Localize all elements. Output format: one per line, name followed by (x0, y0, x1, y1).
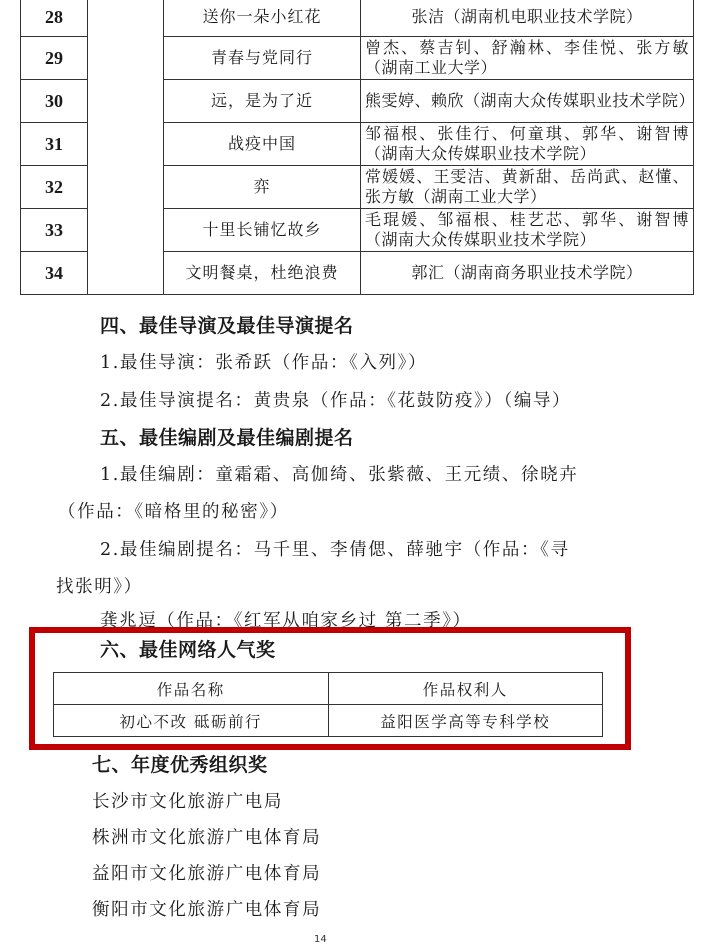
org-award-item: 益阳市文化旅游广电体育局 (92, 860, 321, 885)
best-director: 1.最佳导演：张希跃（作品：《入列》） (100, 349, 427, 374)
popularity-award-table: 作品名称 作品权利人 初心不改 砥砺前行 益阳医学高等专科学校 (53, 672, 603, 737)
work-title: 文明餐桌，杜绝浪费 (164, 252, 361, 295)
work-title: 送你一朵小红花 (164, 0, 361, 37)
work-name: 初心不改 砥砺前行 (54, 705, 329, 737)
header-work-name: 作品名称 (54, 673, 329, 705)
page-number: 14 (314, 934, 327, 945)
row-number: 32 (21, 166, 88, 209)
table-row: 初心不改 砥砺前行 益阳医学高等专科学校 (54, 705, 603, 737)
award-table: 28 送你一朵小红花 张洁（湖南机电职业技术学院） 29 青春与党同行 曾杰、蔡… (20, 0, 694, 295)
merged-category-cell (88, 0, 164, 295)
row-number: 30 (21, 80, 88, 123)
screenplay-nomination-line2: 找张明》） (56, 573, 143, 598)
work-title: 十里长铺忆故乡 (164, 209, 361, 252)
section-4-heading: 四、最佳导演及最佳导演提名 (100, 311, 354, 338)
work-title: 远，是为了近 (164, 80, 361, 123)
work-title: 弈 (164, 166, 361, 209)
rights-holder: 益阳医学高等专科学校 (328, 705, 603, 737)
org-award-item: 长沙市文化旅游广电局 (92, 788, 283, 813)
best-director-nomination: 2.最佳导演提名：黄贵泉（作品：《花鼓防疫》）（编导） (100, 387, 571, 412)
row-number: 34 (21, 252, 88, 295)
best-screenplay-line2: （作品：《暗格里的秘密》） (58, 498, 289, 523)
header-rights-holder: 作品权利人 (328, 673, 603, 705)
work-author: 常媛媛、王雯洁、黄新甜、岳尚武、赵懂、张方敏（湖南工业大学） (361, 166, 694, 209)
table-header-row: 作品名称 作品权利人 (54, 673, 603, 705)
section-5-heading: 五、最佳编剧及最佳编剧提名 (100, 423, 354, 450)
work-title: 战疫中国 (164, 123, 361, 166)
work-author: 张洁（湖南机电职业技术学院） (361, 0, 694, 37)
work-author: 熊雯婷、赖欣（湖南大众传媒职业技术学院） (361, 80, 694, 123)
org-award-item: 株洲市文化旅游广电体育局 (92, 824, 321, 849)
row-number: 33 (21, 209, 88, 252)
screenplay-nomination-line1: 2.最佳编剧提名：马千里、李倩偲、薛驰宇（作品：《寻 (100, 536, 570, 561)
row-number: 29 (21, 37, 88, 80)
work-author: 邹福根、张佳行、何童琪、郭华、谢智博（湖南大众传媒职业技术学院） (361, 123, 694, 166)
best-screenplay-line1: 1.最佳编剧：童霜霜、高伽绮、张紫薇、王元绩、徐晓卉 (100, 461, 578, 486)
table-row: 28 送你一朵小红花 张洁（湖南机电职业技术学院） (21, 0, 694, 37)
row-number: 28 (21, 0, 88, 37)
section-6-heading: 六、最佳网络人气奖 (100, 635, 276, 662)
work-author: 郭汇（湖南商务职业技术学院） (361, 252, 694, 295)
row-number: 31 (21, 123, 88, 166)
work-title: 青春与党同行 (164, 37, 361, 80)
work-author: 曾杰、蔡吉钊、舒瀚林、李佳悦、张方敏（湖南工业大学） (361, 37, 694, 80)
work-author: 毛琨媛、邹福根、桂艺芯、郭华、谢智博（湖南大众传媒职业技术学院） (361, 209, 694, 252)
section-7-heading: 七、年度优秀组织奖 (92, 750, 268, 777)
org-award-item: 衡阳市文化旅游广电体育局 (92, 896, 321, 921)
